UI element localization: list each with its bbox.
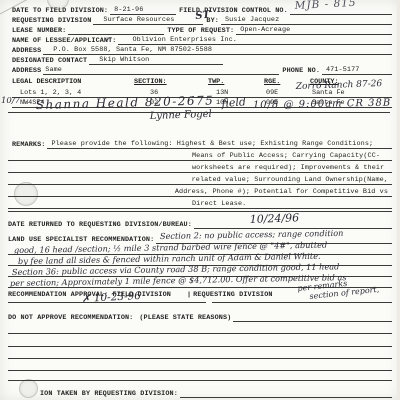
designated-contact-row: DESIGNATED CONTACT Skip Whitson (12, 56, 392, 65)
remarks-blank-4 (8, 184, 188, 185)
reasons-line (233, 321, 392, 322)
handwritten-field-word: field (221, 95, 246, 110)
scanned-form-page: DATE TO FIELD DIVISION: 8-21-96 FIELD DI… (0, 0, 400, 400)
twp-header: TWP. (208, 78, 264, 86)
action-taken-label: ION TAKEN BY REQUESTING DIVISION: (40, 390, 180, 398)
remarks-line-4: related value; Surrounding Land Ownershi… (188, 176, 392, 185)
section-header: SECTION: (134, 78, 208, 86)
address-line (216, 54, 392, 55)
remarks-row-1: REMARKS: Please provide the following: H… (12, 140, 392, 149)
designated-contact-label: DESIGNATED CONTACT (12, 57, 89, 65)
remarks-blank-3 (8, 172, 188, 173)
remarks-row-6: Direct Lease. (8, 200, 392, 209)
handwritten-margin-date: 10/7 · (1, 96, 26, 106)
requesting-division-value: Surface Resources (93, 16, 203, 25)
blank-rule-1 (8, 333, 392, 334)
phone-label: PHONE NO. (279, 67, 322, 75)
scrawl-underline (8, 112, 390, 113)
remarks-blank-6 (8, 208, 188, 209)
lessee-row: NAME OF LESSEE/APPLICANT: Oblivion Enter… (12, 36, 392, 45)
address2-label: ADDRESS (12, 67, 43, 75)
control-no-label: FIELD DIVISION CONTROL NO. (176, 7, 290, 15)
date-to-field-division-label: DATE TO FIELD DIVISION: (12, 7, 110, 15)
handwritten-initials: ST (195, 10, 211, 22)
lease-number-label: LEASE NUMBER: (12, 27, 68, 35)
remarks-blank-2 (8, 160, 188, 161)
by-line (307, 24, 392, 25)
handwritten-field-note: 10/8 @ 9:00am CR 38B (253, 98, 391, 111)
remarks-row-5: Address, Phone #); Potential for Competi… (8, 188, 392, 197)
requesting-division-signature-line (212, 302, 392, 303)
remarks-blank-5 (8, 196, 171, 197)
approval-signature-row (8, 302, 392, 303)
action-taken-row: ION TAKEN BY REQUESTING DIVISION: (40, 390, 392, 398)
designated-contact-value: Skip Whitson (89, 56, 223, 65)
address-row: ADDRESS P.O. Box 5588, Santa Fe, NM 8750… (12, 46, 392, 55)
by-value: Susie Jacquez (221, 16, 307, 25)
remarks-line-2: Means of Public Access; Carrying Capacit… (188, 152, 392, 161)
blank-rule-2 (8, 346, 392, 347)
blank-rule-3 (8, 358, 392, 359)
type-of-request-value: Open-Acreage (236, 26, 392, 35)
lessee-label: NAME OF LESSEE/APPLICANT: (12, 37, 118, 45)
lessee-value: Oblivion Enterprises Inc. (118, 36, 392, 45)
remarks-row-2: Means of Public Access; Carrying Capacit… (8, 152, 392, 161)
address-label: ADDRESS (12, 47, 43, 55)
section-divider-rule (8, 211, 392, 212)
address2-value: Same (43, 66, 279, 75)
phone-value: 471-5177 (322, 66, 392, 75)
requesting-division-approval-label: REQUESTING DIVISION (193, 291, 274, 299)
blank-rule-4 (8, 370, 392, 371)
requesting-division-label: REQUESTING DIVISION (12, 17, 93, 25)
remarks-label: REMARKS: (12, 141, 47, 149)
remarks-line-1: Please provide the following: Highest & … (47, 140, 392, 149)
date-returned-label: DATE RETURNED TO REQUESTING DIVISION/BUR… (8, 221, 194, 229)
handwritten-contact-name-2: Lynne Fogel (150, 109, 212, 122)
action-taken-line (180, 397, 392, 398)
do-not-approve-row: DO NOT APPROVE RECOMMENDATION: (PLEASE S… (8, 314, 392, 322)
blank-rule-5 (8, 380, 392, 381)
state-reasons-label: (PLEASE STATE REASONS) (135, 314, 233, 322)
remarks-row-3: worksheets are required); Improvements &… (8, 164, 392, 173)
remarks-line-6: Direct Lease. (188, 200, 392, 209)
do-not-approve-label: DO NOT APPROVE RECOMMENDATION: (8, 314, 135, 322)
lease-number-row: LEASE NUMBER: TYPE OF REQUEST: Open-Acre… (12, 26, 392, 35)
handwritten-check-mark: ✓ (104, 35, 111, 44)
legal-desc-header: LEGAL DESCRIPTION (12, 78, 134, 86)
remarks-row-4: related value; Surrounding Land Ownershi… (8, 176, 392, 185)
type-of-request-label: TYPE OF REQUEST: (164, 27, 236, 35)
address2-row: ADDRESS Same PHONE NO. 471-5177 (12, 66, 392, 75)
remarks-line-5: Address, Phone #); Potential for Competi… (171, 188, 392, 197)
handwritten-returned-date: 10/24/96 (250, 211, 300, 226)
address-value: P.O. Box 5588, Santa Fe, NM 87502-5588 (43, 46, 216, 55)
date-to-field-division-value: 8-21-96 (110, 6, 176, 15)
hole-punch-bottom (19, 379, 38, 398)
control-no-line (290, 14, 392, 15)
remarks-line-3: worksheets are required); Improvements &… (188, 164, 392, 173)
lease-number-blank (68, 34, 164, 35)
